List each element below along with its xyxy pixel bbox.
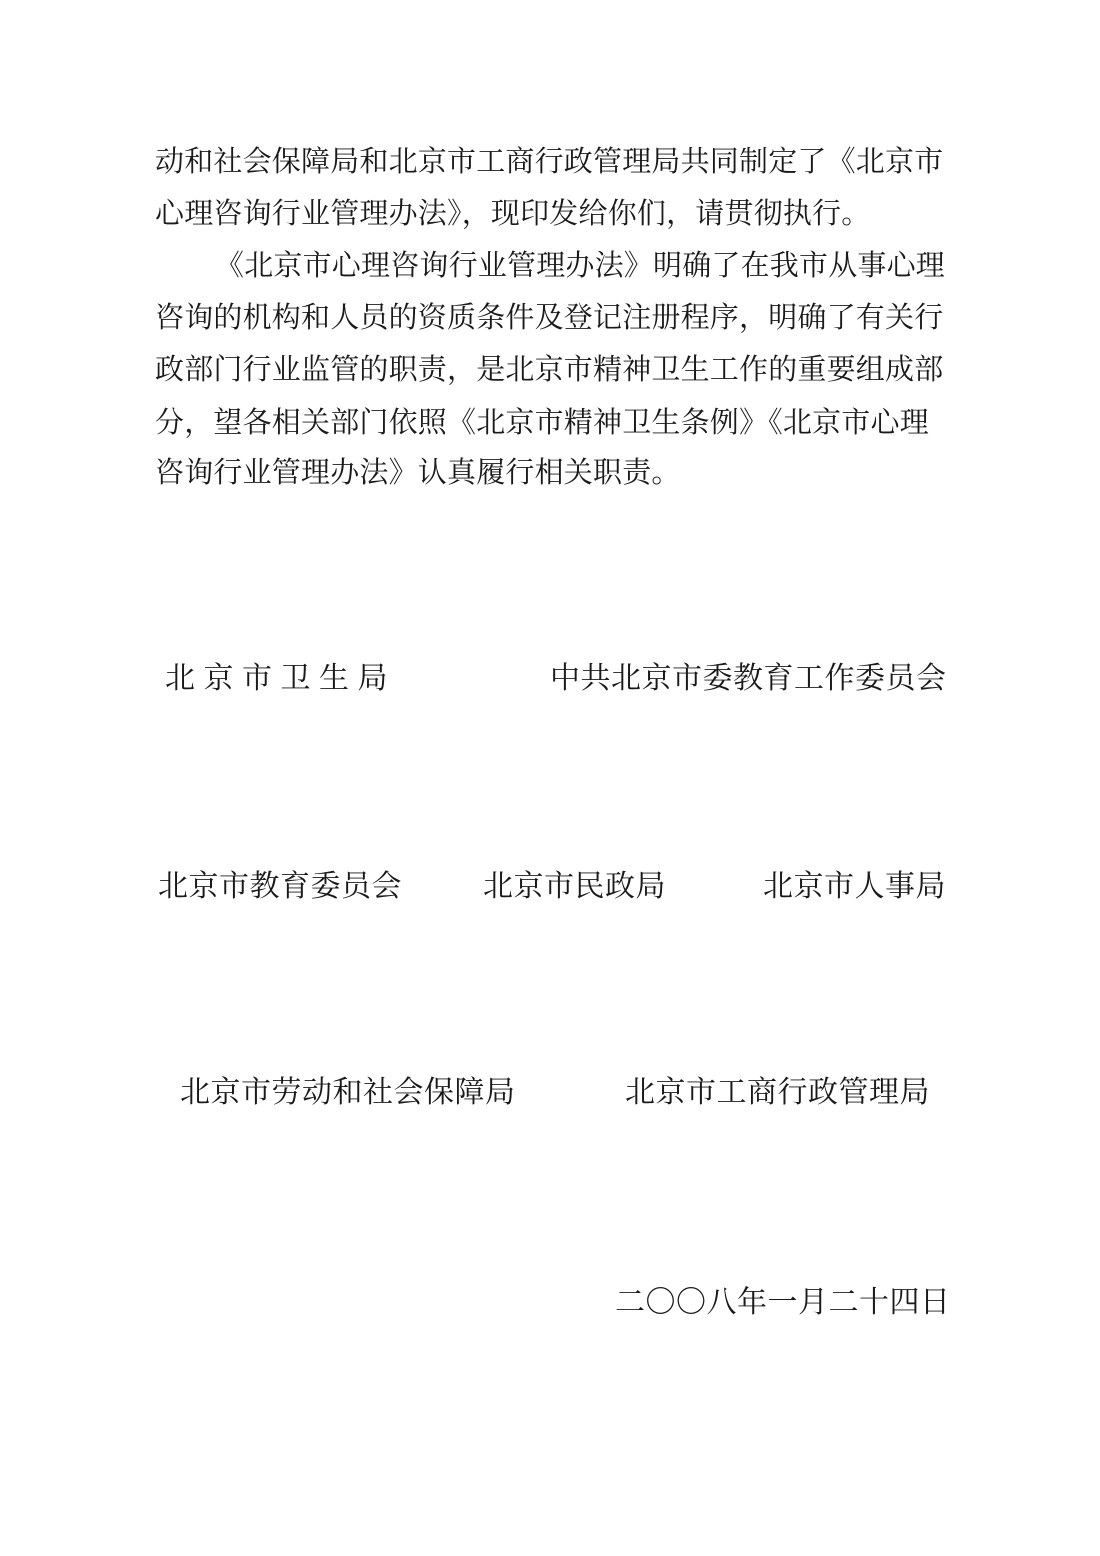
signature-education-commission: 北京市教育委员会 <box>158 867 402 907</box>
body-line-5: 政部门行业监管的职责，是北京市精神卫生工作的重要组成部 <box>155 350 943 390</box>
signature-personnel-bureau: 北京市人事局 <box>763 867 946 907</box>
signature-education-work-committee: 中共北京市委教育工作委员会 <box>550 659 947 699</box>
date-line: 二〇〇八年一月二十四日 <box>615 1283 951 1323</box>
body-line-7: 咨询行业管理办法》认真履行相关职责。 <box>155 453 681 493</box>
signature-civil-affairs-bureau: 北京市民政局 <box>483 867 666 907</box>
signature-labor-social-security-bureau: 北京市劳动和社会保障局 <box>180 1073 516 1113</box>
body-line-1: 动和社会保障局和北京市工商行政管理局共同制定了《北京市 <box>155 142 943 182</box>
document-page: 动和社会保障局和北京市工商行政管理局共同制定了《北京市 心理咨询行业管理办法》，… <box>0 0 1100 1556</box>
signature-industry-commerce-bureau: 北京市工商行政管理局 <box>625 1073 930 1113</box>
body-line-4: 咨询的机构和人员的资质条件及登记注册程序，明确了有关行 <box>155 298 943 338</box>
body-line-2: 心理咨询行业管理办法》，现印发给你们，请贯彻执行。 <box>155 194 871 234</box>
body-line-6: 分，望各相关部门依照《北京市精神卫生条例》《北京市心理 <box>155 403 929 443</box>
body-line-3: 《北京市心理咨询行业管理办法》明确了在我市从事心理 <box>215 246 945 286</box>
signature-health-bureau: 北 京 市 卫 生 局 <box>165 659 388 699</box>
